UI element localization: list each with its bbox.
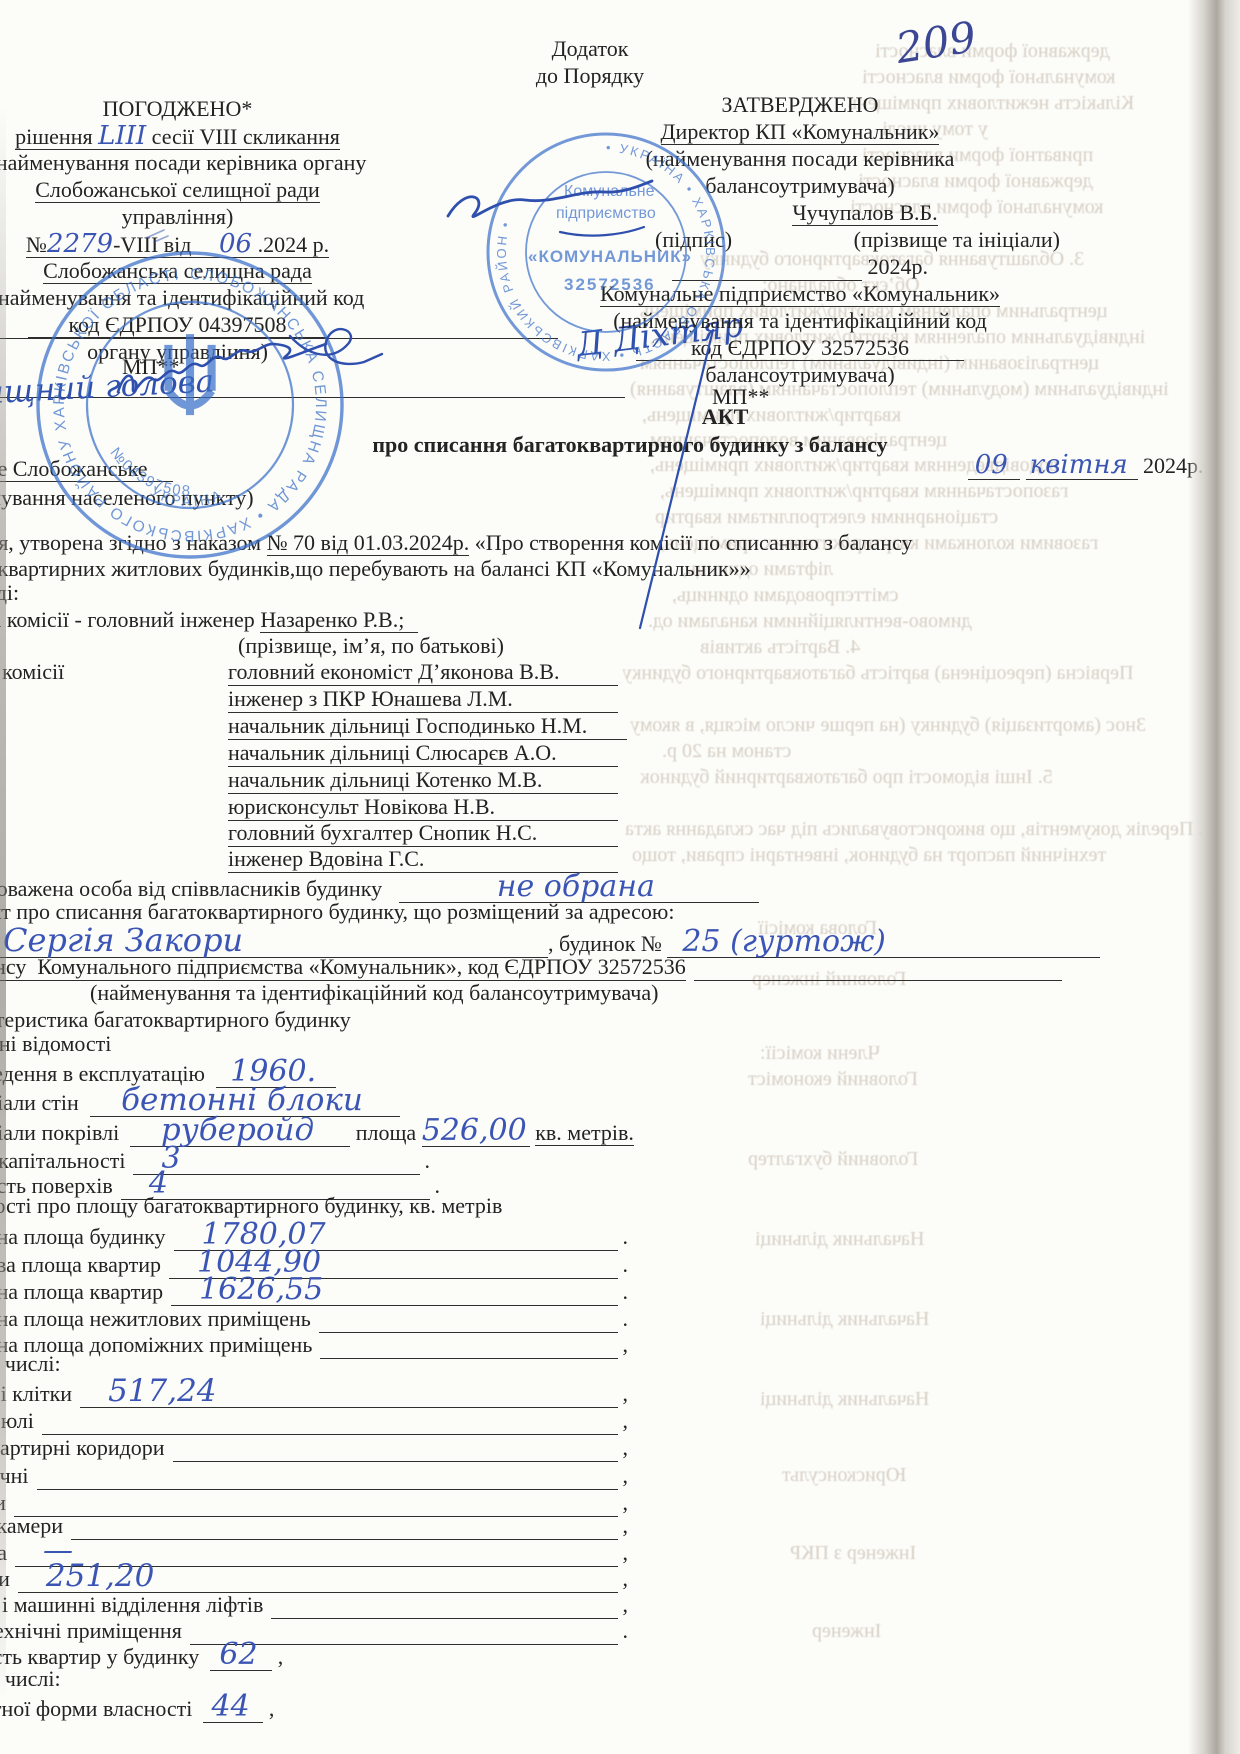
ghost-line: Головний бухгалтер [748,1146,918,1172]
annex-block: Додаток до Порядку [455,36,725,90]
area-row: загальна площа допоміжних приміщень, [0,1328,628,1359]
approved-right-title: ЗАТВЕРДЖЕНО [520,92,1080,119]
commission-member: начальник дільниці Котенко М.В. [228,767,618,794]
area-section-title: Відомості про площу багатоквартирного бу… [0,1193,502,1219]
commission-member: юрисконсульт Новікова Н.В. [228,794,618,821]
roof-material-row: Матеріали покрівлі руберойд площа 526,00… [0,1115,634,1147]
ghost-line: Інженер з ПКР [790,1540,916,1566]
area-field [320,1328,617,1359]
approved-right-name: Чучупалов В.Б. [520,200,1080,227]
act-title: АКТ [640,404,810,430]
approved-left-decision: рішення LIII сесії VIII скликання [0,123,430,150]
ghost-line: станом на 20 р. [662,738,791,764]
private-ownership-field: 44 [203,1692,263,1723]
scan-page-edge [1188,0,1240,1754]
ghost-line: Головний економіст [748,1066,918,1092]
balance-holder-row: з балансу Комунального підприємства «Ком… [0,954,1062,981]
approved-left-caption-3: (найменування та ідентифікаційний код [0,285,430,312]
approved-right-caption-2: балансоутримувача) [520,173,1080,200]
annex-line-1: Додаток [455,36,725,63]
date-month-field: квітня [1026,452,1138,480]
ghost-line: газопостачанням квартир/житлових приміще… [660,478,1068,504]
underline-rule-top [0,338,558,339]
ghost-line: Знос (амортизація) будинку (на перше чис… [630,712,1146,738]
ghost-line: Члени комісії: [760,1040,880,1066]
commission-head-row: Голова комісії - головний інженер Назаре… [0,607,418,633]
approved-left-number-date: №2279-VIII від 06 .2024 р. [0,231,430,258]
approved-right-caption-1: (найменування посади керівника [520,146,1080,173]
approved-left-caption-1: (найменування посади керівника органу [0,150,430,177]
area-row: позаквартирні коридори, [0,1431,628,1462]
approved-right-sign-captions: (підпис) (прізвище та ініціали) [520,227,1080,254]
commission-member: інженер з ПКР Юнашева Л.М. [228,686,618,713]
ghost-line: 4. Вартість активів [700,634,860,660]
name-caption: (прізвище та ініціали) [854,227,1060,254]
ghost-line: технічний паспорт на будинок, інвентарні… [632,842,1106,868]
approved-right-caption-4: балансоутримувача) [520,362,1080,389]
private-ownership-row: приватної форми власності 44 , [0,1692,274,1723]
annex-line-2: до Порядку [455,63,725,90]
approved-right-caption-3: (найменування та ідентифікаційний код [520,308,1080,335]
approved-right-company: Комунальне підприємство «Комунальник» [520,281,1080,308]
commission-head-caption: (прізвище, ім’я, по батькові) [238,633,504,659]
ghost-line: Юрисконсульт [782,1462,906,1488]
ghost-line: Начальник дільниці [760,1386,929,1412]
date-day-field: 09 [968,452,1020,480]
characteristics-title: Характеристика багатоквартирного будинку [0,1007,351,1033]
commission-member: начальник дільниці Господинько Н.М. [228,713,627,740]
ghost-line: стаціонарними електроплитами квартир [655,504,998,530]
ghost-line: сміттєпроводами одиниць, [672,582,899,608]
act-date-row: 09 квітня 2024р. [968,452,1204,480]
approved-right-director: Директор КП «Комунальник» [520,119,1080,146]
approved-right-year-row: 2024р. [520,254,1080,281]
intro-line-1: Комісія, утворена згідно з наказом № 70 … [0,530,913,556]
roof-area-field: 526,00 [422,1116,530,1147]
balance-holder-caption: (найменування та ідентифікаційний код ба… [90,980,658,1006]
ghost-line: Інженер [812,1618,881,1644]
ghost-line: Начальник дільниці [755,1226,924,1252]
ghost-line: Первісна (переоцінена) вартість багатокв… [622,660,1133,686]
apartments-count-field: 62 [210,1640,272,1671]
ghost-line: 6. Перелік документів, що використовувал… [625,816,1213,842]
approved-left-council: Слобожанської селищної ради [0,177,430,204]
including-label-2: у тому числі: [0,1666,61,1692]
ghost-line: Начальник дільниці [760,1306,929,1332]
settlement-line: селище Слобожанське [0,456,173,482]
settlement-caption: (найменування населеного пункту) [0,485,254,511]
commission-members-label: Члени комісії [0,659,64,685]
commission-member: начальник дільниці Слюсарєв А.О. [228,740,618,767]
including-label: у тому числі: [0,1351,61,1377]
signature-caption: (підпис) [655,227,732,254]
area-field [173,1431,618,1462]
commission-member: головний бухгалтер Снопик Н.С. [228,820,618,847]
approved-left-caption-4: органу управління) [0,339,430,366]
commission-member: головний економіст Д’яконова В.В. [228,659,618,686]
ghost-line: 5. Інші відомості про багатоквартирний б… [640,764,1053,790]
page-number-handwritten: 209 [894,24,977,62]
mayor-caption-handwritten: Селищний голова [0,368,215,409]
scan-left-edge [0,0,6,1754]
approved-left-title: ПОГОДЖЕНО* [0,96,430,123]
approved-left-caption-2: управління) [0,204,430,231]
intro-line-2: багатоквартирних житлових будинків,що пе… [0,556,751,582]
street-field: Сергія Закори [0,924,548,958]
ghost-line: димово-вентиляційними каналами од. [648,608,972,634]
approved-left-block: ПОГОДЖЕНО* рішення LIII сесії VIII склик… [0,96,430,366]
address-row: Сергія Закори, будинок № 25 (гуртож) [0,924,1100,958]
approved-right-edrpou: код ЄДРПОУ 32572536 [520,335,1080,362]
approved-right-block: ЗАТВЕРДЖЕНО Директор КП «Комунальник» (н… [520,92,1080,389]
approved-left-council-name: Слобожанська селищна рада [0,258,430,285]
approved-left-edrpou: код ЄДРПОУ 04397508 [0,312,430,339]
scanned-document-page: державної форми власності комунальної фо… [0,0,1240,1754]
general-info-title: Загальні відомості [0,1031,111,1057]
